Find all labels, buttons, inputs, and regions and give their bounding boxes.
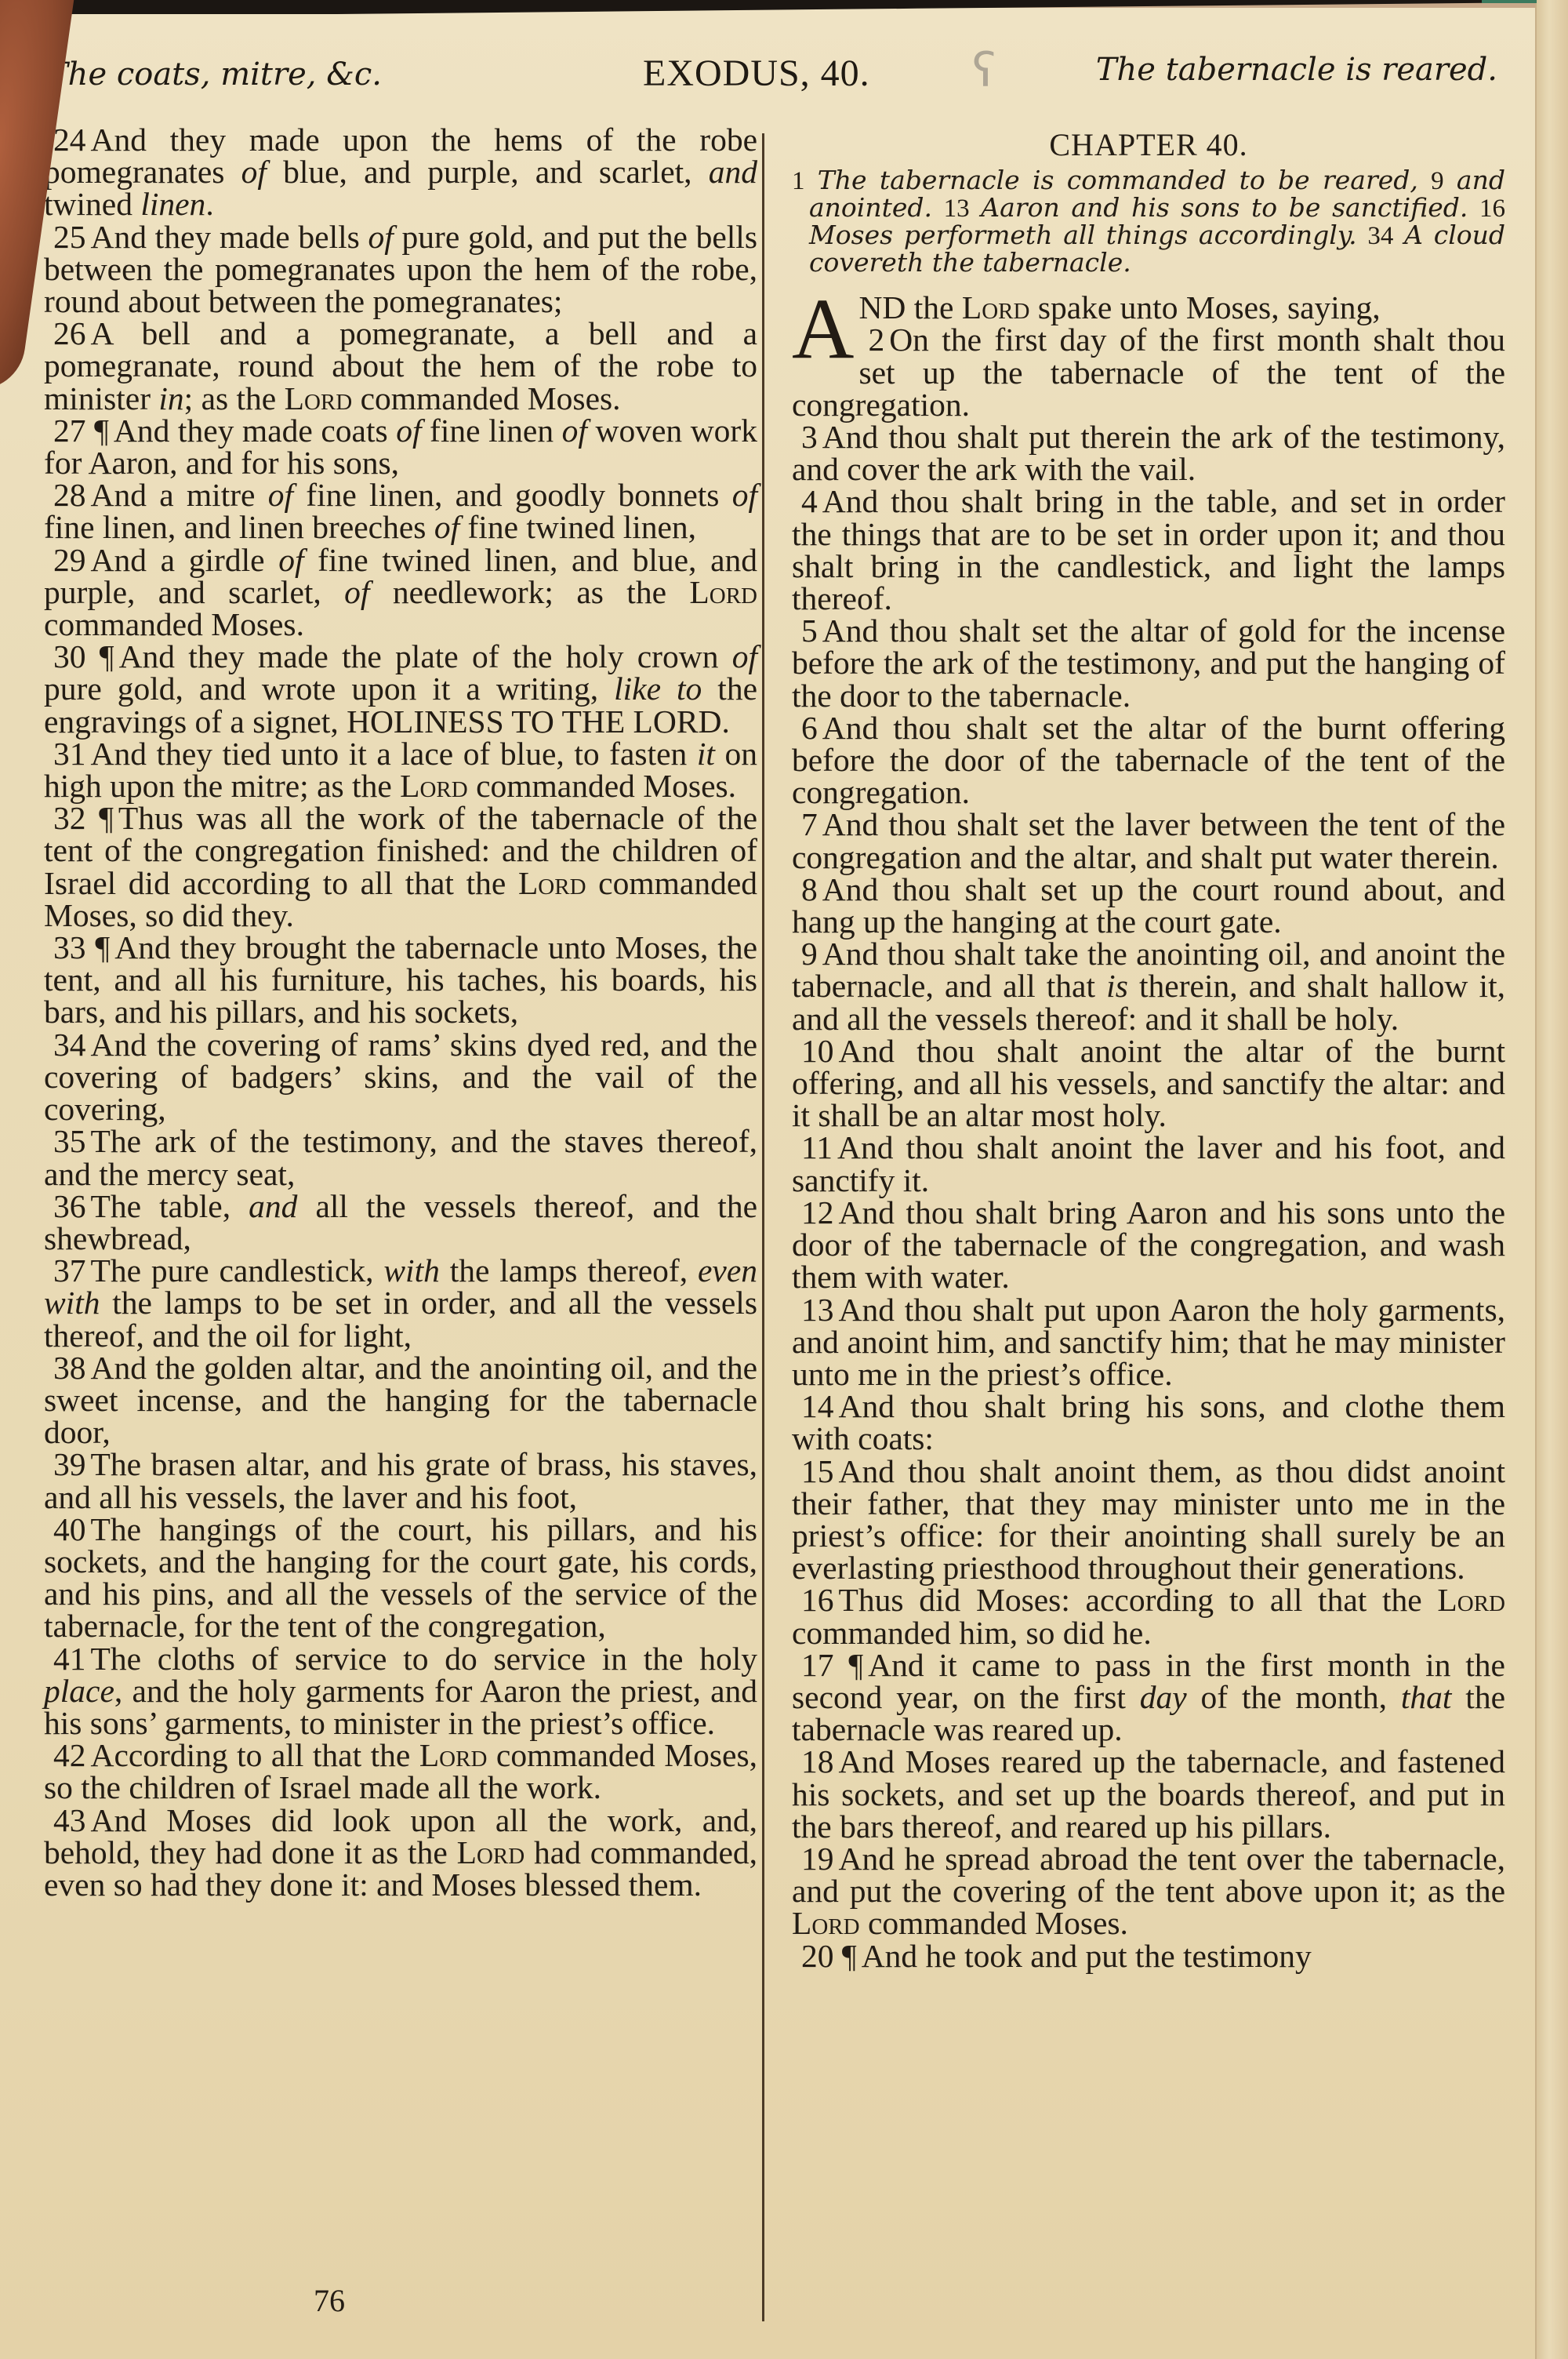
verse-text: According to all that the Lord commanded… <box>44 1737 757 1805</box>
verse-number: 34 <box>53 1027 86 1063</box>
verse: 42According to all that the Lord command… <box>44 1739 757 1804</box>
verse-number: 6 <box>801 710 818 746</box>
verse: 31And they tied unto it a lace of blue, … <box>44 738 757 802</box>
verse: 11And thou shalt anoint the laver and hi… <box>792 1132 1505 1196</box>
verse-number: 20 ¶ <box>801 1938 857 1974</box>
page-number: 76 <box>314 2282 345 2319</box>
verse-number: 10 <box>801 1033 834 1069</box>
verse-text: And the covering of rams’ skins dyed red… <box>44 1027 757 1127</box>
verse: 12And thou shalt bring Aaron and his son… <box>792 1197 1505 1294</box>
verse-text: A bell and a pomegranate, a bell and a p… <box>44 315 757 416</box>
verse-number: 5 <box>801 612 818 649</box>
verse-text: The ark of the testimony, and the staves… <box>44 1123 757 1191</box>
left-column: 24And they made upon the hems of the rob… <box>44 124 757 1901</box>
verse-text: And a mitre of fine linen, and goodly bo… <box>44 477 757 545</box>
verse-text: The table, and all the vessels thereof, … <box>44 1188 757 1256</box>
right-column: CHAPTER 40. 1 The tabernacle is commande… <box>792 124 1505 1972</box>
verse-text: And Moses reared up the tabernacle, and … <box>792 1743 1505 1844</box>
verse: 13And thou shalt put upon Aaron the holy… <box>792 1294 1505 1391</box>
opening-verse: AND the Lord spake unto Moses, saying, <box>792 292 1505 324</box>
verse-text: And thou shalt set the altar of the burn… <box>792 710 1505 810</box>
verse-number: 19 <box>801 1841 834 1877</box>
verse-number: 43 <box>53 1802 86 1838</box>
verse: 20 ¶And he took and put the testimony <box>792 1940 1505 1972</box>
verse-number: 38 <box>53 1350 86 1386</box>
verse: 4And thou shalt bring in the table, and … <box>792 485 1505 615</box>
verse: 15And thou shalt anoint them, as thou di… <box>792 1456 1505 1585</box>
verse-number: 39 <box>53 1446 86 1482</box>
verse-text: And thou shalt take the anointing oil, a… <box>792 936 1505 1036</box>
verse-text: And they made the plate of the holy crow… <box>44 638 757 739</box>
verse-text: And they made bells of pure gold, and pu… <box>44 219 757 319</box>
verse-text: And they made upon the hems of the robe … <box>44 122 757 222</box>
verse-number: 16 <box>801 1582 834 1618</box>
verse-number: 13 <box>801 1292 834 1328</box>
verse-number: 41 <box>53 1641 86 1677</box>
verse: 43And Moses did look upon all the work, … <box>44 1805 757 1902</box>
verse-number: 40 <box>53 1511 86 1547</box>
verse-text: Thus did Moses: according to all that th… <box>792 1582 1505 1650</box>
verse-text: And the golden altar, and the anointing … <box>44 1350 757 1450</box>
chapter-summary: 1 The tabernacle is commanded to be rear… <box>809 167 1505 276</box>
header-left-topic: The coats, mitre, &c. <box>47 56 382 93</box>
verse: 38And the golden altar, and the anointin… <box>44 1352 757 1449</box>
chapter-title: CHAPTER 40. <box>792 129 1505 161</box>
verse-number: 32 ¶ <box>53 800 114 836</box>
verse-number: 14 <box>801 1388 834 1424</box>
drop-cap: A <box>792 293 854 364</box>
verse: 9And thou shalt take the anointing oil, … <box>792 938 1505 1035</box>
verse-number: 27 ¶ <box>53 413 109 449</box>
verse: 26A bell and a pomegranate, a bell and a… <box>44 318 757 415</box>
verse-text: On the first day of the first month shal… <box>792 322 1505 422</box>
verse-text: Thus was all the work of the tabernacle … <box>44 800 757 933</box>
pencil-mark-icon: ʕ <box>972 43 996 98</box>
verse-number: 17 ¶ <box>801 1647 863 1683</box>
verse: 36The table, and all the vessels thereof… <box>44 1190 757 1255</box>
verse: 33 ¶And they brought the tabernacle unto… <box>44 932 757 1029</box>
verse-text: And thou shalt put upon Aaron the holy g… <box>792 1292 1505 1392</box>
verse: 27 ¶And they made coats of fine linen of… <box>44 415 757 479</box>
verse-text: The brasen altar, and his grate of brass… <box>44 1446 757 1514</box>
verse-text: And a girdle of fine twined linen, and b… <box>44 542 757 642</box>
verse: 34And the covering of rams’ skins dyed r… <box>44 1029 757 1126</box>
verse-text: And thou shalt anoint the laver and his … <box>792 1129 1505 1198</box>
verse-text: And thou shalt set the altar of gold for… <box>792 612 1505 713</box>
verse-number: 18 <box>801 1743 834 1779</box>
verse: 7And thou shalt set the laver between th… <box>792 809 1505 873</box>
verse-text: And thou shalt bring in the table, and s… <box>792 483 1505 616</box>
verse-text: The cloths of service to do service in t… <box>44 1641 757 1741</box>
header-book-chapter: EXODUS, 40. <box>643 52 870 95</box>
verse: 24And they made upon the hems of the rob… <box>44 124 757 221</box>
verse-text: And thou shalt bring his sons, and cloth… <box>792 1388 1505 1456</box>
verse: 10And thou shalt anoint the altar of the… <box>792 1035 1505 1132</box>
verse-text: And thou shalt anoint them, as thou dids… <box>792 1453 1505 1587</box>
verse: 30 ¶And they made the plate of the holy … <box>44 641 757 738</box>
verse-text: And thou shalt anoint the altar of the b… <box>792 1033 1505 1133</box>
verse: 29And a girdle of fine twined linen, and… <box>44 544 757 642</box>
verse: 40The hangings of the court, his pillars… <box>44 1514 757 1643</box>
verse-number: 8 <box>801 871 818 907</box>
verse-number: 26 <box>53 315 86 351</box>
verse-number: 11 <box>801 1129 833 1165</box>
verse: 25And they made bells of pure gold, and … <box>44 221 757 318</box>
verse-number: 31 <box>53 736 86 772</box>
verse-number: 9 <box>801 936 818 972</box>
verse-number: 28 <box>53 477 86 513</box>
verse-number: 12 <box>801 1194 834 1230</box>
verse: 35The ark of the testimony, and the stav… <box>44 1125 757 1190</box>
verse-number: 30 ¶ <box>53 638 114 674</box>
verse-number: 37 <box>53 1252 86 1289</box>
column-rule <box>762 133 764 2321</box>
verse-text: And they tied unto it a lace of blue, to… <box>44 736 757 804</box>
verse: 8And thou shalt set up the court round a… <box>792 874 1505 938</box>
verse: 2On the first day of the first month sha… <box>792 324 1505 421</box>
verse-text: And Moses did look upon all the work, an… <box>44 1802 757 1903</box>
verse-text: And thou shalt bring Aaron and his sons … <box>792 1194 1505 1295</box>
verse: 37The pure candlestick, with the lamps t… <box>44 1255 757 1352</box>
verse-number: 36 <box>53 1188 86 1224</box>
verse-text: And thou shalt set up the court round ab… <box>792 871 1505 940</box>
verse: 32 ¶Thus was all the work of the taberna… <box>44 802 757 932</box>
verse-number: 24 <box>53 122 86 158</box>
verse: 39The brasen altar, and his grate of bra… <box>44 1448 757 1513</box>
right-verses: 2On the first day of the first month sha… <box>792 324 1505 1972</box>
ribbon-marker <box>1482 0 1537 3</box>
verse-text: And thou shalt set the laver between the… <box>792 806 1505 874</box>
verse-text: The hangings of the court, his pillars, … <box>44 1511 757 1645</box>
verse-text: And thou shalt put therein the ark of th… <box>792 419 1505 487</box>
verse-number: 3 <box>801 419 818 455</box>
verse-text: And he spread abroad the tent over the t… <box>792 1841 1505 1941</box>
verse-number: 33 ¶ <box>53 929 110 965</box>
verse-number: 35 <box>53 1123 86 1159</box>
verse-number: 2 <box>868 322 884 358</box>
verse: 5And thou shalt set the altar of gold fo… <box>792 615 1505 712</box>
verse: 41The cloths of service to do service in… <box>44 1643 757 1740</box>
verse-number: 42 <box>53 1737 86 1773</box>
verse-text: And he took and put the testimony <box>862 1938 1312 1974</box>
verse: 6And thou shalt set the altar of the bur… <box>792 712 1505 809</box>
verse: 19And he spread abroad the tent over the… <box>792 1843 1505 1940</box>
opening-text: ND the Lord spake unto Moses, saying, <box>858 289 1380 325</box>
verse: 3And thou shalt put therein the ark of t… <box>792 421 1505 485</box>
header-right-topic: The tabernacle is reared. <box>1096 52 1497 88</box>
running-header: The coats, mitre, &c. EXODUS, 40. The ta… <box>47 45 1497 100</box>
verse: 14And thou shalt bring his sons, and clo… <box>792 1390 1505 1455</box>
verse-number: 25 <box>53 219 86 255</box>
verse: 28And a mitre of fine linen, and goodly … <box>44 479 757 543</box>
verse-text: The pure candlestick, with the lamps the… <box>44 1252 757 1353</box>
verse-number: 29 <box>53 542 86 578</box>
verse: 16Thus did Moses: according to all that … <box>792 1584 1505 1648</box>
verse-text: And it came to pass in the first month i… <box>792 1647 1505 1747</box>
verse-number: 15 <box>801 1453 834 1489</box>
verse: 18And Moses reared up the tabernacle, an… <box>792 1746 1505 1843</box>
verse-number: 7 <box>801 806 818 842</box>
verse: 17 ¶And it came to pass in the first mon… <box>792 1649 1505 1747</box>
verse-text: And they brought the tabernacle unto Mos… <box>44 929 757 1030</box>
verse-text: And they made coats of fine linen of wov… <box>44 413 757 481</box>
verse-number: 4 <box>801 483 818 519</box>
page-edge <box>1535 0 1568 2359</box>
